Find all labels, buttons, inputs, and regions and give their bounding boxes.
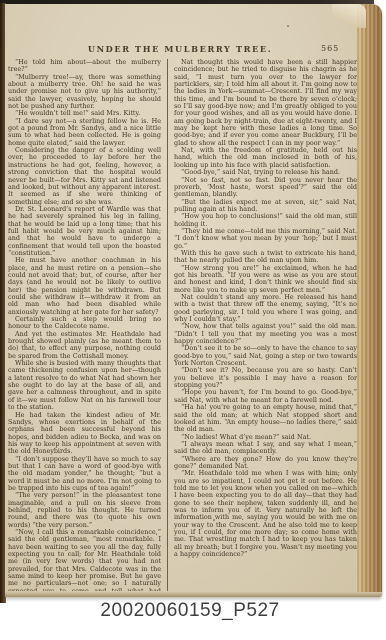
- text-paragraph: Nat thought this would have been a still…: [174, 59, 357, 147]
- right-column: Nat thought this would have been a still…: [168, 59, 359, 591]
- text-paragraph: With this he gave such a twist to extric…: [174, 250, 357, 265]
- left-column: “He told him about—about the mulberry tr…: [7, 59, 168, 591]
- text-paragraph: “He told him about—about the mulberry tr…: [8, 59, 161, 74]
- text-paragraph: “I always mean what I say, and say what …: [174, 441, 357, 456]
- paper-speck: [213, 519, 215, 521]
- text-paragraph: Dr. St. Leonard’s report of Wardle was t…: [8, 206, 161, 257]
- text-paragraph: He had taken the kindest adieu of Mr. Sa…: [8, 412, 161, 456]
- text-paragraph: “Don’t see it to be so—only to have the …: [174, 345, 357, 367]
- text-paragraph: “Mr. Heathdale told me when I was with h…: [174, 470, 357, 558]
- curled-page-corner: [332, 4, 366, 28]
- book-photo: { "photo": { "barcode_label": "200200601…: [0, 0, 386, 640]
- text-paragraph: “Not so fast, not so fast. Did you never…: [174, 177, 357, 199]
- text-columns: “He told him about—about the mulberry tr…: [7, 59, 359, 591]
- text-paragraph: “Mulberry tree!—ay, there was something …: [8, 74, 161, 111]
- text-paragraph: And yet the estimates Mr. Heathdale had …: [8, 331, 161, 360]
- text-paragraph: “How you hop to conclusions!” said the o…: [174, 213, 357, 228]
- paper-speck: [287, 25, 289, 27]
- text-paragraph: “Now, how that tells against you!” said …: [174, 323, 357, 345]
- running-head: UNDER THE MULBERRY TREE.: [5, 44, 355, 54]
- page-number: 565: [321, 44, 355, 53]
- text-paragraph: “They bid me come—told me this morning,”…: [174, 228, 357, 250]
- text-paragraph: “Hope you haven’t, for I’m bound to go. …: [174, 389, 357, 404]
- page-fore-edge: [356, 4, 382, 597]
- scan-barcode-label: 20020060159_P527: [0, 600, 380, 622]
- text-paragraph: Nat, with the freedom of gratitude, held…: [174, 147, 357, 169]
- book-page: UNDER THE MULBERRY TREE. 565 “He told hi…: [5, 4, 382, 597]
- text-paragraph: “The very person!” in the pleasantest to…: [8, 492, 161, 529]
- text-paragraph: While she is busied with many thoughts t…: [8, 360, 161, 411]
- text-paragraph: “But the ladies expect me at seven, sir,…: [174, 199, 357, 214]
- text-paragraph: “Ha ha! you’re going to an empty house, …: [174, 404, 357, 433]
- text-paragraph: “How strong you are!” he exclaimed, when…: [174, 265, 357, 294]
- text-paragraph: Nat couldn’t stand any more. He released…: [174, 294, 357, 323]
- text-paragraph: Considering the danger of a scolding wel…: [8, 147, 161, 206]
- page-bottom-edge: [5, 592, 382, 597]
- text-paragraph: “I dare say not—a sterling fellow he is.…: [8, 118, 161, 147]
- text-paragraph: “Don’t see it? No, because you are so ha…: [174, 367, 357, 389]
- text-paragraph: He must have another coachman in his pla…: [8, 257, 161, 316]
- text-paragraph: “I don’t suppose they’ll have so much to…: [8, 456, 161, 493]
- text-paragraph: “Where are they gone? How do you know th…: [174, 456, 357, 471]
- text-paragraph: Certainly such a step would bring no hon…: [8, 316, 161, 331]
- text-paragraph: “Now, I call this a remarkable coinciden…: [8, 529, 161, 591]
